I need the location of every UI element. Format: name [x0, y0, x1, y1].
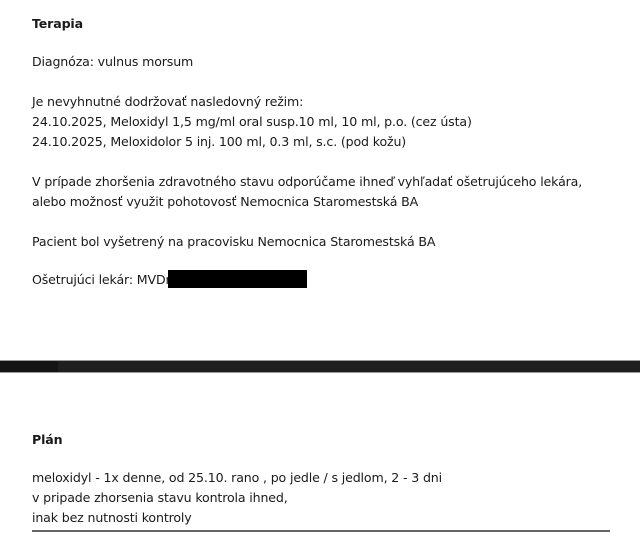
plan-line: v pripade zhorsenia stavu kontrola ihned… [32, 488, 288, 508]
advice-line: alebo možnosť využit pohotovosť Nemocnic… [32, 192, 418, 212]
regimen-item: 24.10.2025, Meloxidyl 1,5 mg/ml oral sus… [32, 112, 472, 132]
regimen-item: 24.10.2025, Meloxidolor 5 inj. 100 ml, 0… [32, 132, 406, 152]
redacted-doctor-name [168, 270, 307, 288]
divider-band-dark-segment [0, 361, 58, 372]
examined-at-text: Pacient bol vyšetrený na pracovisku Nemo… [32, 232, 435, 252]
plan-line: meloxidyl - 1x denne, od 25.10. rano , p… [32, 468, 442, 488]
doctor-label: Ošetrujúci lekár: MVDr. [32, 270, 173, 290]
regimen-intro: Je nevyhnutné dodržovať nasledovný režim… [32, 92, 303, 112]
plan-line: inak bez nutnosti kontroly [32, 508, 192, 528]
advice-line: V prípade zhoršenia zdravotného stavu od… [32, 172, 582, 192]
section-divider-band [0, 360, 640, 373]
diagnosis-text: Diagnóza: vulnus morsum [32, 52, 193, 72]
therapy-heading: Terapia [32, 14, 83, 34]
bottom-rule [32, 530, 610, 532]
plan-heading: Plán [32, 430, 62, 450]
